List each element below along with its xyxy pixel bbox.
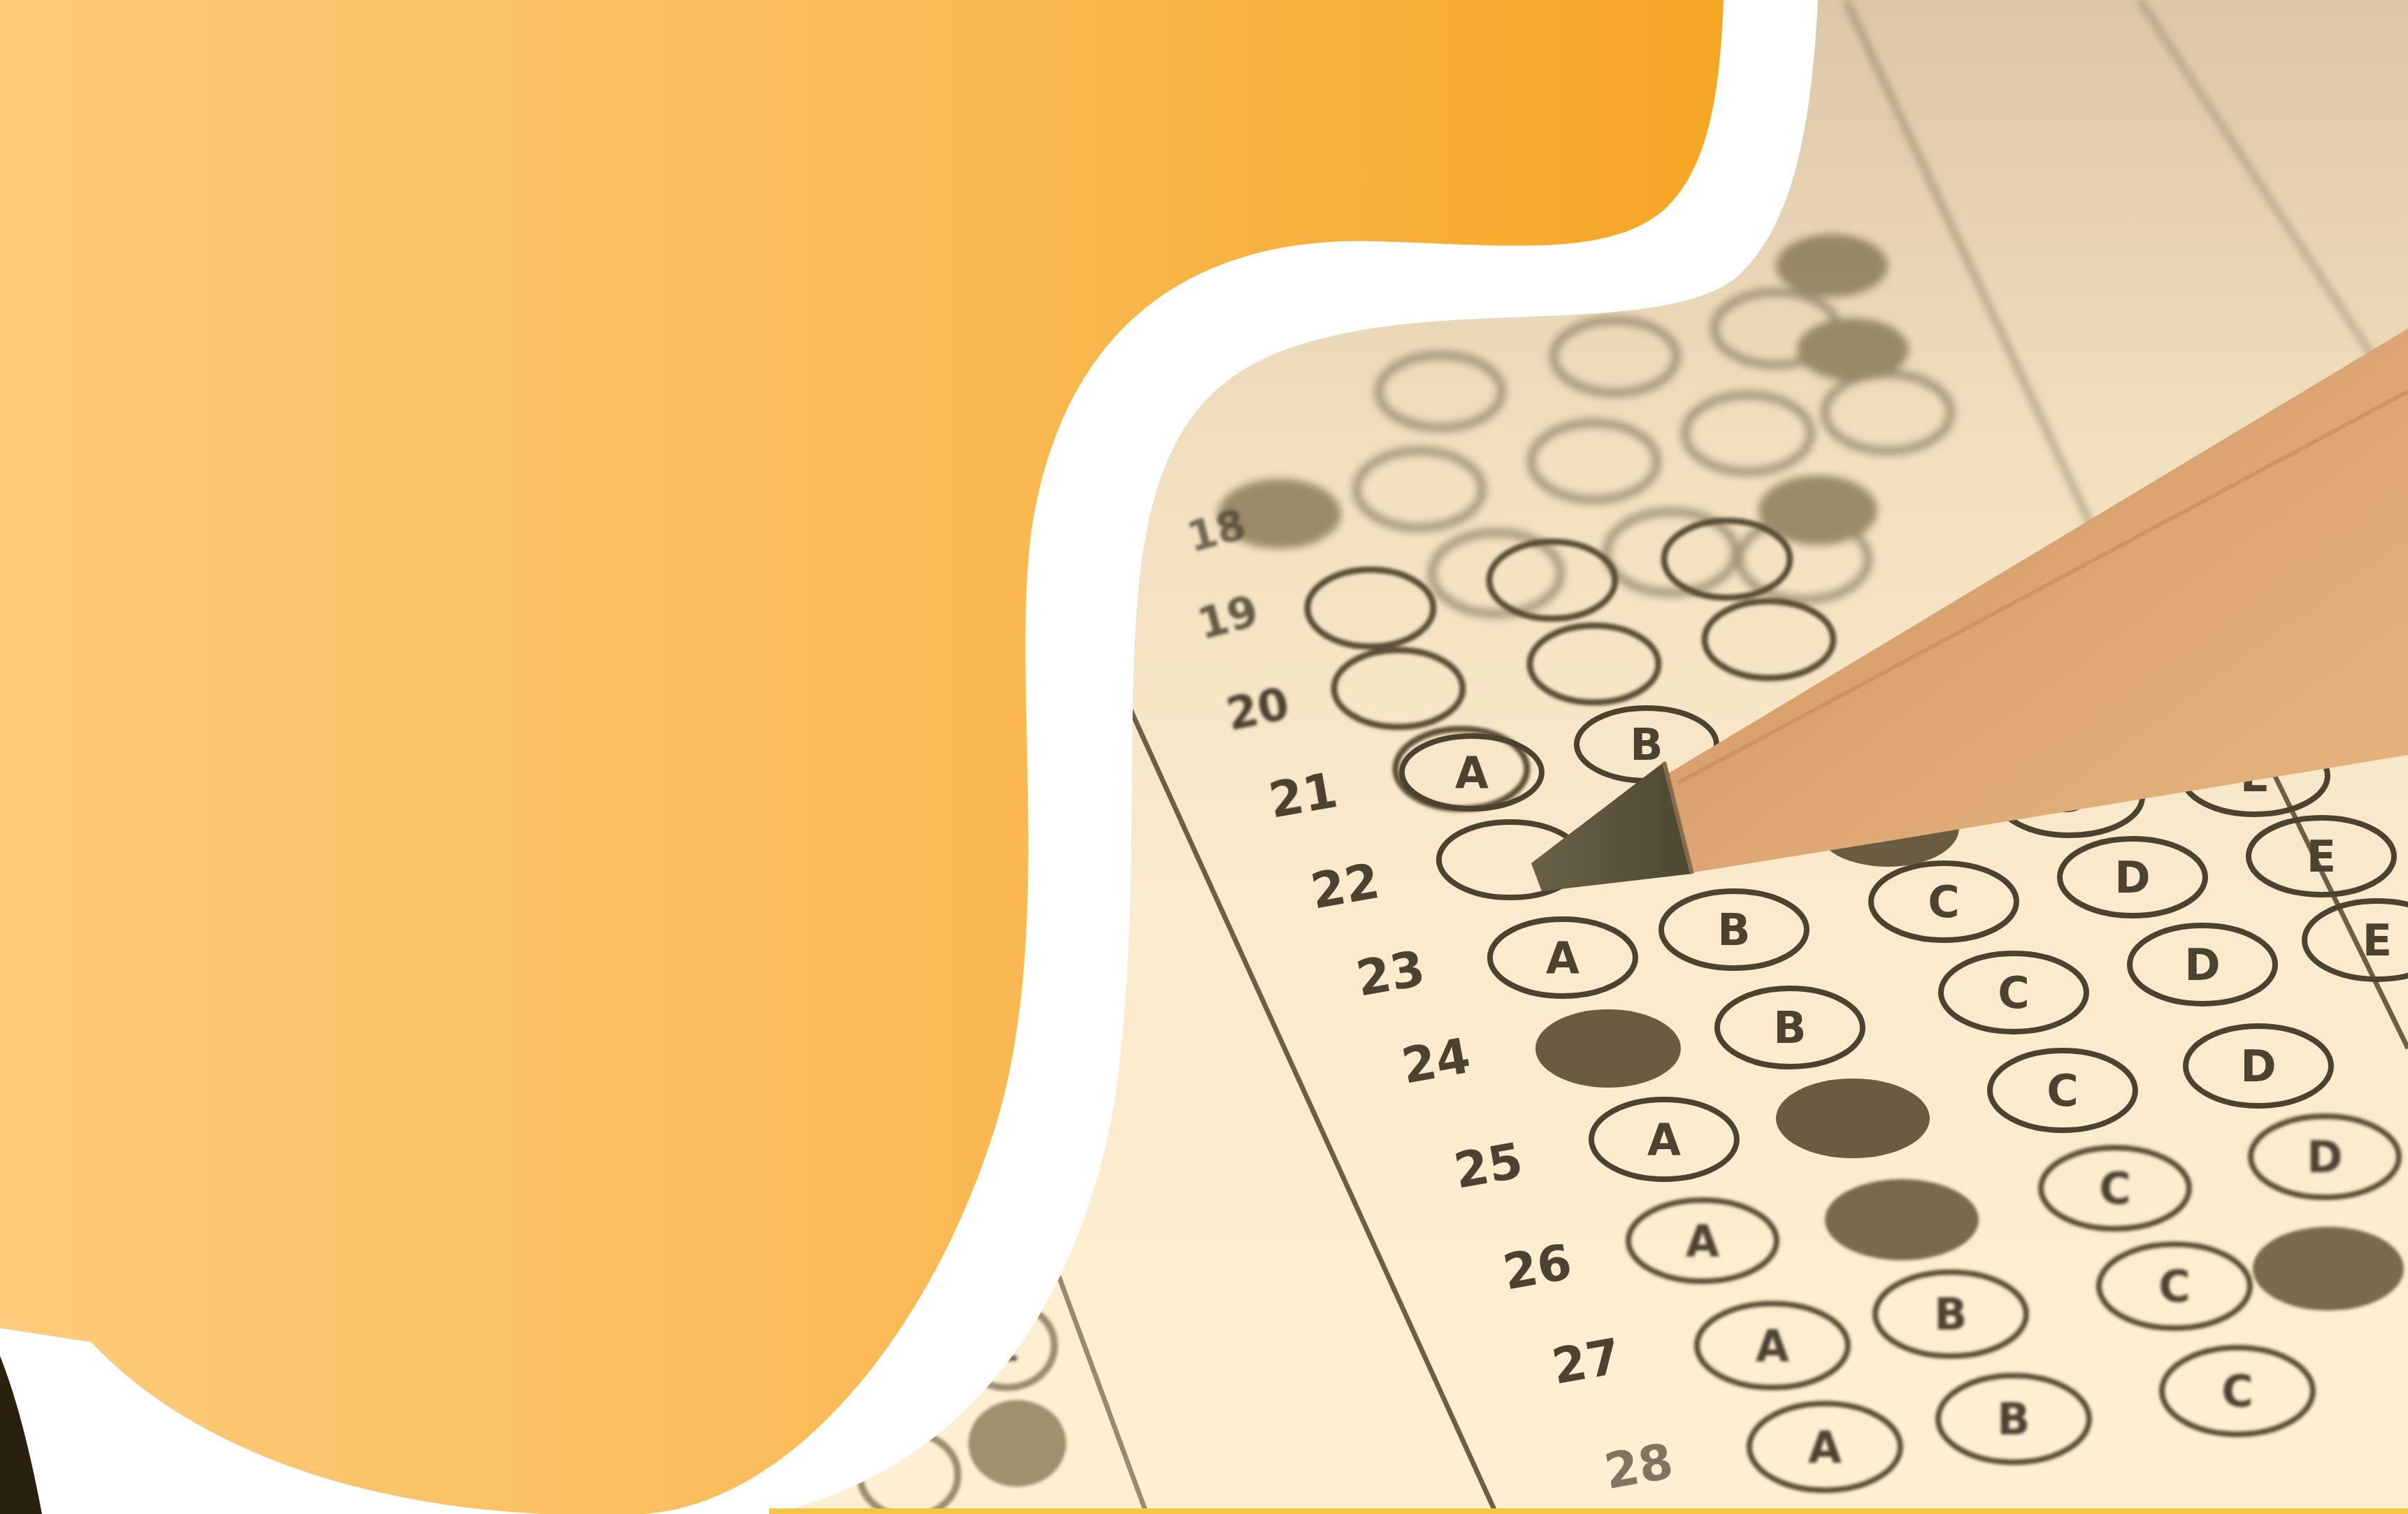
bottom-accent-strip	[769, 1508, 2408, 1514]
orange-gradient-blob	[0, 0, 1723, 1514]
banner-graphic: 18 19 20 21 22 23 24 25 26 27 28	[0, 0, 2408, 1514]
orange-wave-shape	[0, 0, 2408, 1514]
